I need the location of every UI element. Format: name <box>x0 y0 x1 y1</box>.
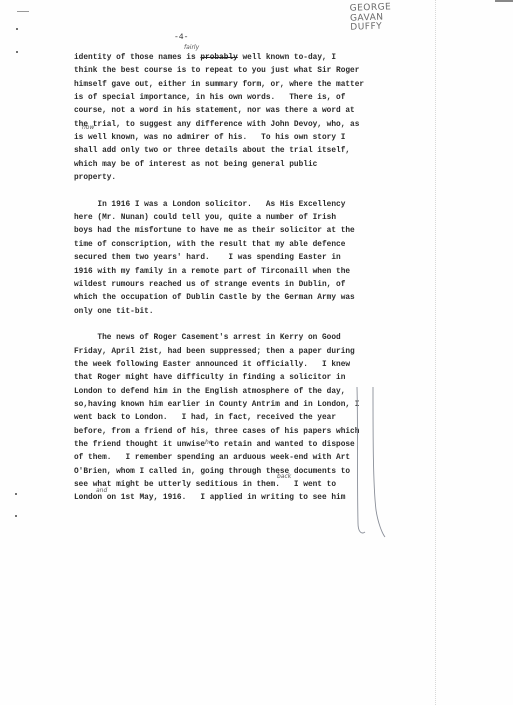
text-line: before, from a friend of his, three case… <box>74 426 364 439</box>
text-line: himself gave out, either in summary form… <box>74 79 364 92</box>
text-line: which may be of interest as not being ge… <box>74 159 364 172</box>
struck-word: probably <box>200 54 237 62</box>
text-line: see what might be utterly seditious in t… <box>74 479 364 492</box>
text-line: The news of Roger Casement's arrest in K… <box>74 332 364 345</box>
handwritten-name: GEORGE GAVAN DUFFY <box>350 3 393 33</box>
text-line: 1916 with my family in a remote part of … <box>74 266 364 279</box>
text-line: identity of those names is probably well… <box>74 52 364 65</box>
text-line: London on 1st May, 1916. I applied in wr… <box>74 492 364 505</box>
text-line: wildest rumours reached us of strange ev… <box>74 279 364 292</box>
text-line: that Roger might have difficulty in find… <box>74 372 364 385</box>
text-line: secured them two years' hard. I was spen… <box>74 252 364 265</box>
text-line: the week following Easter announced it o… <box>74 359 364 372</box>
text-line: the friend thought it unwise to retain a… <box>74 439 364 452</box>
handwritten-name-line: DUFFY <box>350 22 392 33</box>
text-line: think the best course is to repeat to yo… <box>74 65 364 78</box>
text-line: went back to London. I had, in fact, rec… <box>74 412 364 425</box>
text-line: Friday, April 21st, had been suppressed;… <box>74 346 364 359</box>
handwritten-insertion: fairly <box>184 44 199 51</box>
margin-punch-mark <box>16 28 18 30</box>
paragraph: identity of those names is probably well… <box>74 52 364 185</box>
page-number: -4- <box>174 33 188 42</box>
margin-punch-mark <box>16 51 18 53</box>
document-page: GEORGE GAVAN DUFFY -4- fairly now he bac… <box>0 0 513 705</box>
fold-line <box>435 0 436 705</box>
text-line: London to defend him in the English atmo… <box>74 386 364 399</box>
text-line: In 1916 I was a London solicitor. As His… <box>74 199 364 212</box>
text-line: time of conscription, with the result th… <box>74 239 364 252</box>
text-line: which the occupation of Dublin Castle by… <box>74 292 364 305</box>
text-line: only one tit-bit. <box>74 306 364 319</box>
text-line: O'Brien, whom I called in, going through… <box>74 466 364 479</box>
pencil-margin-mark <box>355 385 391 540</box>
margin-punch-mark <box>15 515 17 517</box>
text-line: property. <box>74 172 364 185</box>
text-line: here (Mr. Nunan) could tell you, quite a… <box>74 212 364 225</box>
text-line: is of special importance, in his own wor… <box>74 92 364 105</box>
document-body: identity of those names is probably well… <box>74 52 364 506</box>
text-line: course, not a word in his statement, nor… <box>74 105 364 118</box>
text-line: the trial, to suggest any difference wit… <box>74 119 364 132</box>
margin-punch-mark <box>15 493 17 495</box>
text-line: so,having known him earlier in County An… <box>74 399 364 412</box>
margin-dash <box>17 11 29 12</box>
text-line: is well known, was no admirer of his. To… <box>74 132 364 145</box>
text-line: boys had the misfortune to have me as th… <box>74 225 364 238</box>
text-line: of them. I remember spending an arduous … <box>74 452 364 465</box>
text-line: shall add only two or three details abou… <box>74 145 364 158</box>
paragraph: The news of Roger Casement's arrest in K… <box>74 332 364 505</box>
paragraph: In 1916 I was a London solicitor. As His… <box>74 199 364 319</box>
corner-mark <box>495 0 513 2</box>
